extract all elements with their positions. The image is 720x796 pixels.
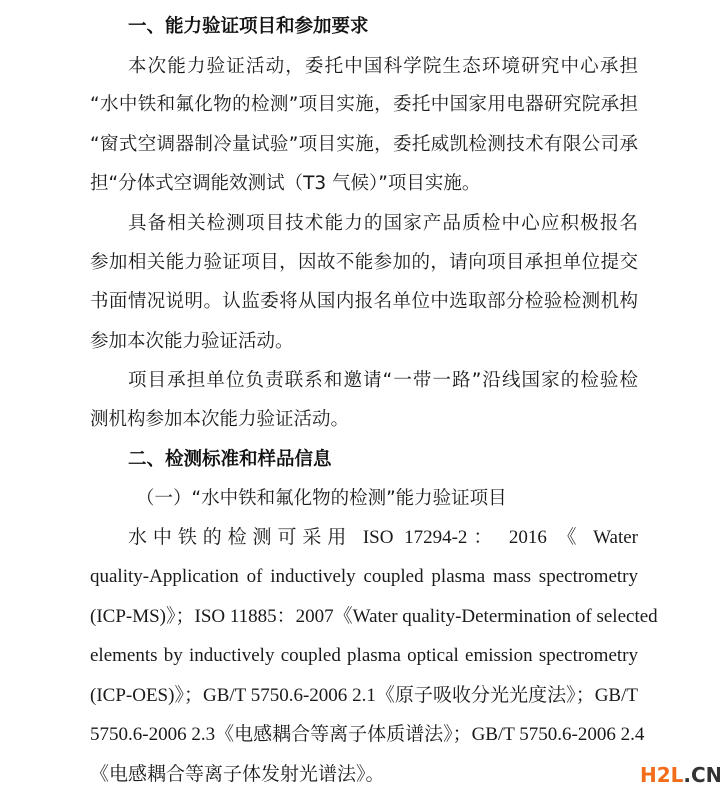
paragraph-line: 《电感耦合等离子体发射光谱法》。 [90, 760, 638, 790]
paragraph-line: “窗式空调器制冷量试验”项目实施，委托威凯检测技术有限公司承 [90, 130, 638, 160]
subsection-heading: （一）“水中铁和氟化物的检测”能力验证项目 [136, 484, 684, 514]
paragraph-line: (ICP-OES)》；GB/T 5750.6-2006 2.1《原子吸收分光光度… [90, 681, 638, 711]
paragraph-line: quality-Application of inductively coupl… [90, 562, 638, 592]
paragraph-line: 参加相关能力验证项目，因故不能参加的，请向项目承担单位提交 [90, 248, 638, 278]
paragraph-line: 书面情况说明。认监委将从国内报名单位中选取部分检验检测机构 [90, 287, 638, 317]
section-1-heading: 一、能力验证项目和参加要求 [128, 12, 638, 42]
document-page: 一、能力验证项目和参加要求 本次能力验证活动，委托中国科学院生态环境研究中心承担… [0, 0, 720, 796]
paragraph-line: 本次能力验证活动，委托中国科学院生态环境研究中心承担 [128, 52, 638, 82]
paragraph-line: 担“分体式空调能效测试（T3 气候）”项目实施。 [90, 169, 638, 199]
watermark-logo: H2L.CN [640, 763, 720, 787]
paragraph-line: 5750.6-2006 2.3《电感耦合等离子体质谱法》；GB/T 5750.6… [90, 720, 638, 750]
watermark-cn: .CN [683, 763, 720, 787]
paragraph-line: 水中铁的检测可采用 ISO 17294-2： 2016 《 Water [128, 523, 638, 553]
watermark-h2l: H2L [640, 763, 683, 787]
paragraph-line: elements by inductively coupled plasma o… [90, 641, 638, 671]
paragraph-line: 具备相关检测项目技术能力的国家产品质检中心应积极报名 [128, 209, 638, 239]
section-2-heading: 二、检测标准和样品信息 [128, 445, 638, 475]
paragraph-line: (ICP-MS)》；ISO 11885：2007《Water quality-D… [90, 602, 638, 632]
paragraph-line: “水中铁和氟化物的检测”项目实施，委托中国家用电器研究院承担 [90, 90, 638, 120]
paragraph-line: 测机构参加本次能力验证活动。 [90, 405, 638, 435]
paragraph-line: 项目承担单位负责联系和邀请“一带一路”沿线国家的检验检 [128, 366, 638, 396]
paragraph-line: 参加本次能力验证活动。 [90, 327, 638, 357]
